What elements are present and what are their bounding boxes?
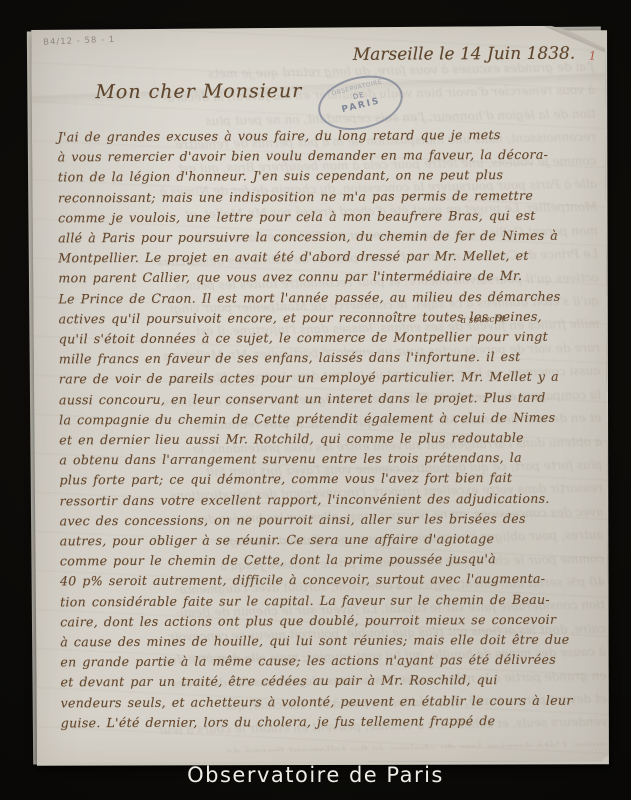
letter-line: J'ai de grandes excuses à vous faire, du… (58, 125, 594, 148)
letter-line: Le Prince de Craon. Il est mort l'année … (58, 286, 594, 309)
page-number: 1 (589, 49, 596, 63)
letter-line: actives qu'il poursuivoit encore, et pou… (59, 306, 595, 329)
letter-line: guise. L'été dernier, lors du cholera, j… (61, 710, 597, 733)
letter-line: aussi concouru, en leur conservant un in… (59, 387, 595, 410)
letter-line: autres, pour obliger à se réunir. Ce ser… (60, 529, 596, 552)
caption: Observatoire de Paris (0, 763, 631, 787)
letter-line: la compagnie du chemin de Cette prétendi… (59, 407, 595, 430)
letter-line: à vous remercier d'avoir bien voulu dema… (58, 145, 594, 168)
letter-line: qu'il s'étoit données à ce sujet, le com… (59, 327, 595, 350)
letter-line: en grande partie à la même cause; les ac… (60, 650, 596, 673)
letter-line: mille francs en faveur de ses enfans, la… (59, 347, 595, 370)
letter-line: comme pour le chemin de Cette, dont la p… (60, 549, 596, 572)
letter-page: J'ai de grandes excuses à vous faire, du… (31, 26, 609, 765)
letter-line: reconnoissant; mais une indisposition ne… (58, 185, 594, 208)
letter-line: avec des concessions, on ne pourroit ain… (60, 508, 596, 531)
letter-line: Montpellier. Le projet en avait été d'ab… (58, 246, 594, 269)
scan-background: J'ai de grandes excuses à vous faire, du… (0, 0, 631, 800)
archival-code: B4/12 - 58 - 1 (43, 35, 115, 48)
letter-line: comme je voulois, une lettre pour cela à… (58, 205, 594, 228)
letter-line: rare de voir de pareils actes pour un em… (59, 367, 595, 390)
bleedthrough-line: guise. L'été dernier, lors du cholera, j… (48, 734, 608, 756)
letter-line: a obtenu dans l'arrangement survenu entr… (59, 448, 595, 471)
letter-line: ressortir dans votre excellent rapport, … (59, 488, 595, 511)
letter-line: vendeurs seuls, et achetteurs à volonté,… (61, 690, 597, 713)
letter-line: à cause des mines de houille, qui lui so… (60, 630, 596, 653)
letter-line: mon parent Callier, que vous avez connu … (58, 266, 594, 289)
salutation: Mon cher Monsieur (95, 80, 302, 103)
letter-line: tion de la légion d'honneur. J'en suis c… (58, 165, 594, 188)
letter-line: 40 p% seroit autrement, difficile à conc… (60, 569, 596, 592)
interlinear-insertion: a souscrit (460, 314, 505, 326)
letter-line: et devant par un traité, être cédées au … (60, 670, 596, 693)
letter-line: caire, dont les actions ont plus que dou… (60, 609, 596, 632)
letter-line: plus forte part; ce qui démontre, comme … (59, 468, 595, 491)
letter-body: J'ai de grandes excuses à vous faire, du… (58, 125, 597, 734)
dateline: Marseille le 14 Juin 1838. (353, 44, 575, 65)
letter-line: et en dernier lieu aussi Mr. Rotchild, q… (59, 428, 595, 451)
letter-line: allé à Paris pour poursuivre la concessi… (58, 226, 594, 249)
letter-line: tion considérable faite sur le capital. … (60, 589, 596, 612)
